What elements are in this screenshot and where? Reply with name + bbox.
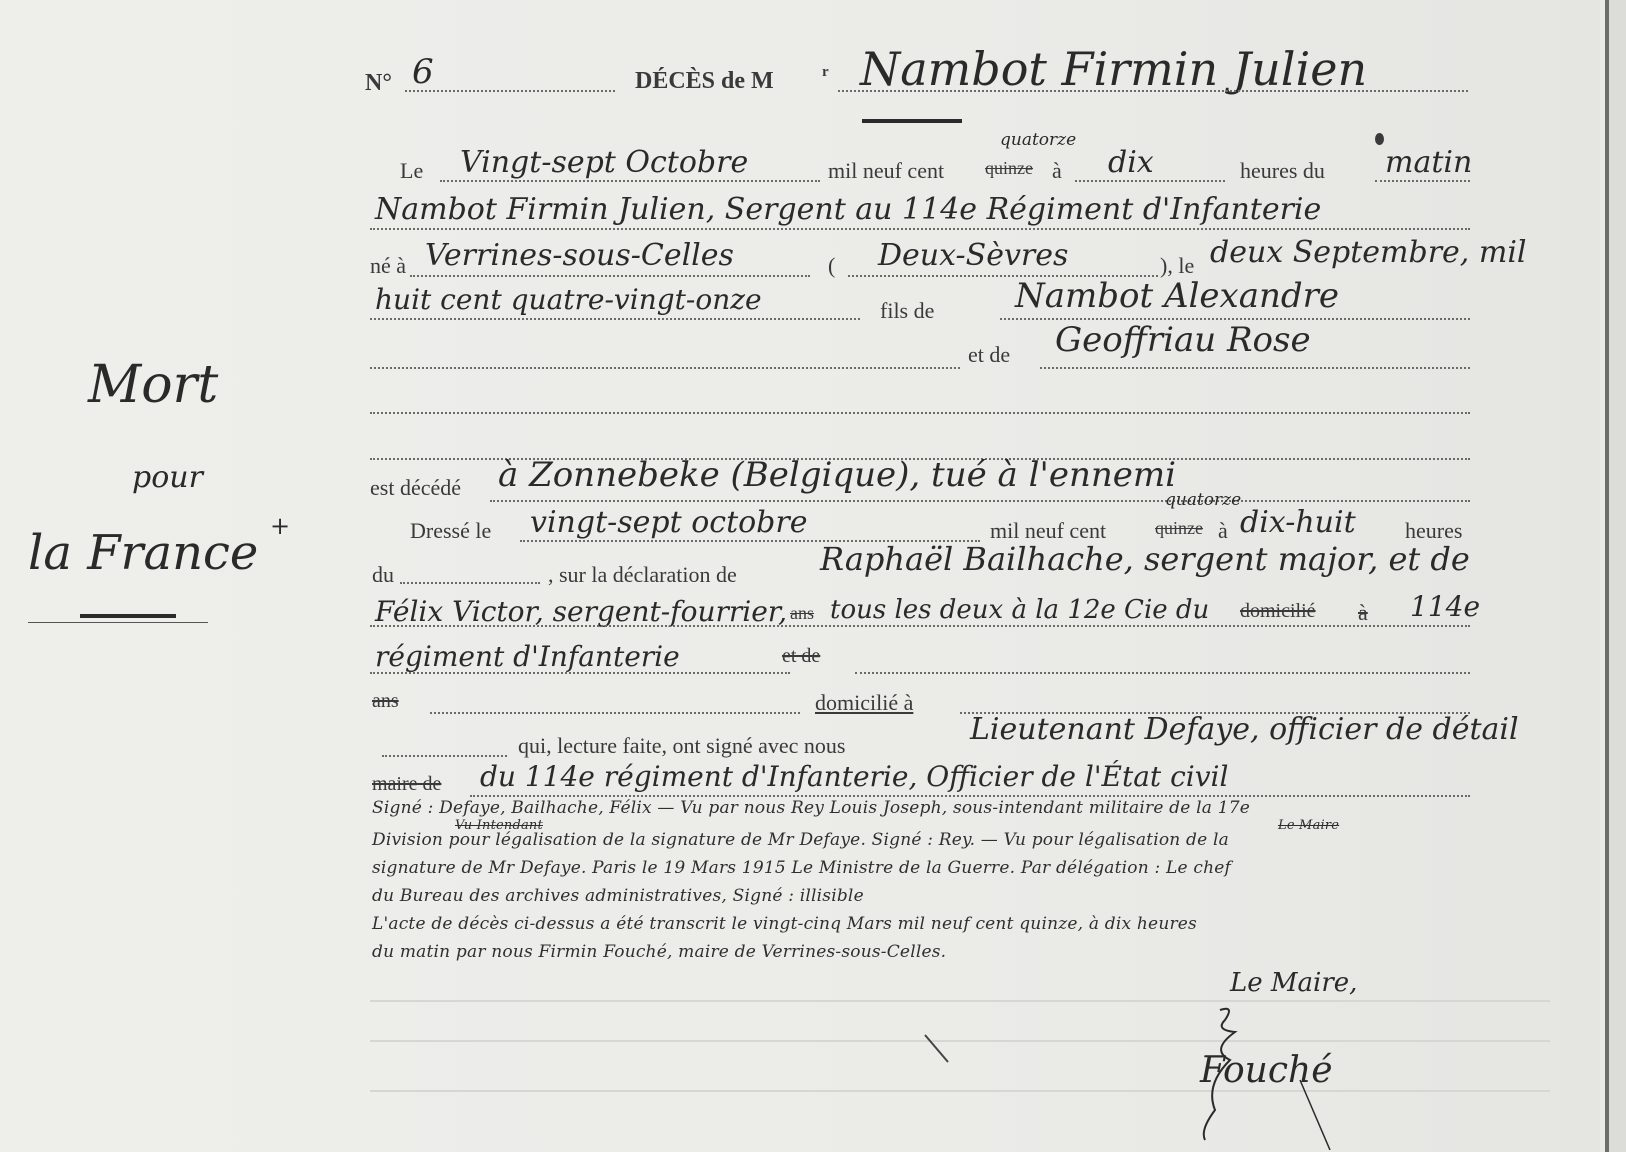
dotted-line (410, 275, 810, 277)
margin-underline (28, 622, 208, 623)
et-de-label: et de (968, 342, 1010, 368)
dotted-line (370, 228, 1470, 230)
qui-lecture-faite-label: qui, lecture faite, ont signé avec nous (518, 733, 845, 759)
dresse-le-label: Dressé le (410, 518, 491, 544)
father-name: Nambot Alexandre (1015, 276, 1339, 316)
annotation-line-6: du matin par nous Firmin Fouché, maire d… (372, 942, 946, 962)
officer-name: Lieutenant Defaye, officier de détail (970, 712, 1519, 747)
period-matin: matin (1385, 145, 1472, 180)
ink-spot (1375, 133, 1384, 145)
birth-date: deux Septembre, mil (1210, 235, 1527, 270)
inserted-quatorze-2: quatorze (1165, 490, 1241, 510)
annotation-line-1: Signé : Defaye, Bailhache, Félix — Vu pa… (372, 798, 1250, 818)
struck-ans-2: ans (372, 690, 399, 713)
deceased-name-title: Nambot Firmin Julien (860, 42, 1367, 96)
mil-neuf-cent: mil neuf cent (828, 158, 944, 184)
dotted-line (1375, 180, 1470, 182)
dotted-line (370, 318, 860, 320)
ne-a-label: né à (370, 253, 406, 279)
struck-quinze-2: quinze (1155, 518, 1203, 539)
dotted-line (405, 90, 615, 92)
paren-open: ( (828, 253, 835, 279)
ruled-line (370, 1000, 1550, 1002)
le-label: Le (400, 158, 423, 184)
title-sup: r (822, 64, 829, 81)
du-label: du (372, 562, 394, 588)
title-underline (862, 119, 962, 123)
document-number: 6 (412, 52, 434, 92)
fils-de-label: fils de (880, 298, 934, 324)
number-label: N° (365, 70, 392, 97)
margin-cross-mark: + (270, 512, 290, 540)
dotted-line (440, 180, 820, 182)
declarant-1: Raphaël Bailhache, sergent major, et de (820, 540, 1470, 578)
dotted-line (370, 412, 1470, 414)
struck-quinze: quinze (985, 158, 1033, 179)
margin-underline-bold (80, 614, 176, 618)
struck-ans: ans (790, 603, 814, 624)
signature-title: Le Maire, (1230, 968, 1357, 998)
sur-la-declaration-label: , sur la déclaration de (548, 562, 737, 588)
birth-department: Deux-Sèvres (878, 238, 1068, 273)
dotted-line (838, 90, 1468, 92)
birth-year: huit cent quatre-vingt-onze (375, 283, 762, 316)
dotted-line (1040, 367, 1470, 369)
annotation-struck-le-maire: Le Maire (1278, 818, 1339, 833)
heures-du: heures du (1240, 158, 1325, 184)
margin-mort: Mort (88, 355, 218, 415)
record-date: vingt-sept octobre (530, 505, 808, 540)
regiment-name: régiment d'Infanterie (375, 640, 680, 673)
ruled-line (370, 1090, 1550, 1092)
signature-flourish-icon (1180, 1000, 1360, 1150)
record-hour: dix-huit (1240, 505, 1356, 540)
dotted-line (382, 755, 507, 757)
dotted-line (370, 672, 790, 674)
death-date: Vingt-sept Octobre (460, 145, 748, 180)
death-place: à Zonnebeke (Belgique), tué à l'ennemi (498, 455, 1176, 495)
struck-maire-de: maire de (372, 773, 441, 796)
dotted-line (1075, 180, 1225, 182)
a-label: à (1052, 158, 1062, 184)
dotted-line (430, 712, 800, 714)
death-hour: dix (1108, 145, 1154, 180)
struck-et-de: et de (782, 645, 820, 668)
regiment-number: 114e (1410, 590, 1480, 623)
register-page: N° 6 DÉCÈS de M r Nambot Firmin Julien M… (0, 0, 1600, 1152)
stray-mark-icon (920, 1030, 960, 1070)
struck-domicilie: domicilié (1240, 600, 1316, 623)
dotted-line (470, 795, 1470, 797)
officer-role: du 114e régiment d'Infanterie, Officier … (480, 760, 1228, 793)
declarant-2: Félix Victor, sergent-fourrier, (375, 595, 787, 628)
declarants-unit: tous les deux à la 12e Cie du (830, 595, 1209, 625)
deceased-identity: Nambot Firmin Julien, Sergent au 114e Ré… (375, 192, 1321, 227)
annotation-line-4: du Bureau des archives administratives, … (372, 886, 864, 906)
dotted-line (490, 500, 1470, 502)
margin-la-france: la France (28, 525, 258, 581)
annotation-line-3: signature de Mr Defaye. Paris le 19 Mars… (372, 858, 1231, 878)
inserted-quatorze: quatorze (1000, 130, 1076, 150)
ruled-line (370, 1040, 1550, 1042)
dotted-line (855, 672, 1470, 674)
annotation-line-2: Division pour légalisation de la signatu… (372, 830, 1229, 850)
dotted-line (400, 582, 540, 584)
margin-pour: pour (132, 460, 203, 495)
annotation-line-5: L'acte de décès ci-dessus a été transcri… (372, 914, 1197, 934)
mother-name: Geoffriau Rose (1055, 320, 1311, 360)
est-decede-label: est décédé (370, 475, 461, 501)
title-label: DÉCÈS de M (635, 68, 774, 95)
struck-a: à (1358, 600, 1368, 626)
page-edge (1609, 0, 1626, 1152)
domicilie-a-label: domicilié à (815, 690, 913, 716)
birth-place: Verrines-sous-Celles (425, 238, 734, 273)
dotted-line (370, 367, 960, 369)
dotted-line (370, 625, 1470, 627)
